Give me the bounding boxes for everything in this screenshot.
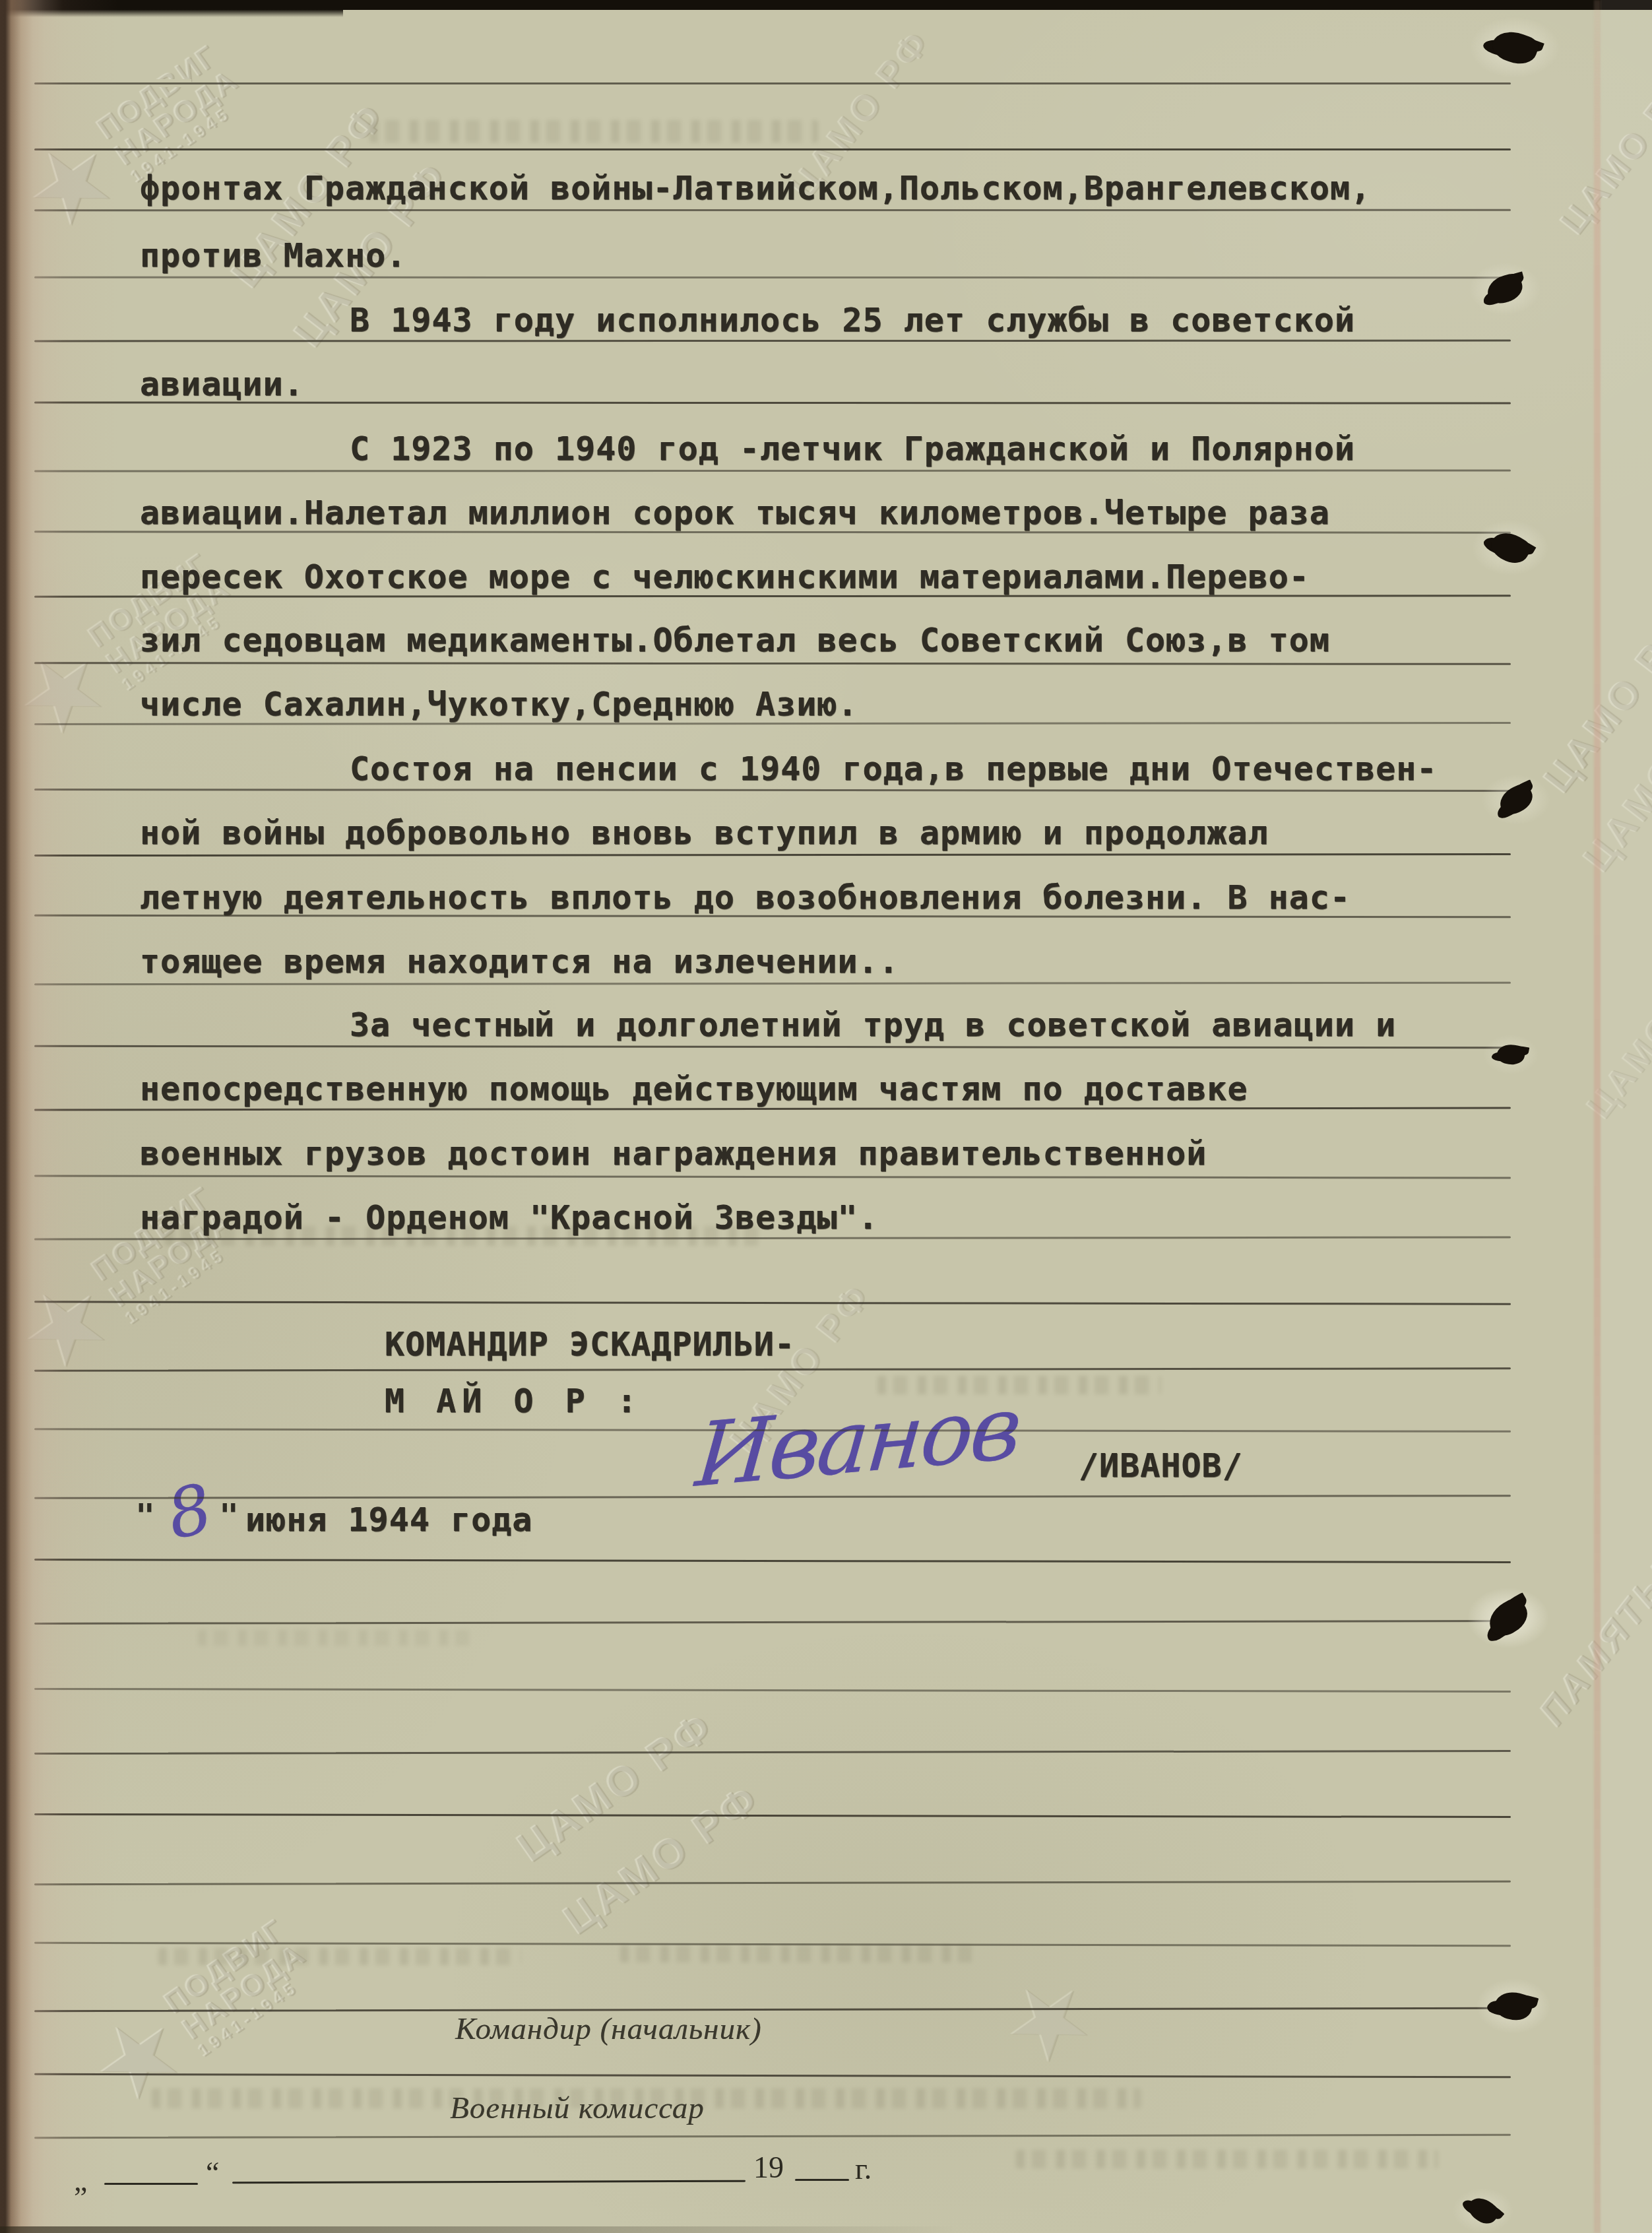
bleed-through-text — [369, 120, 818, 143]
form-commander-label: Командир (начальник) — [455, 2011, 762, 2047]
body-line: против Махно. — [140, 239, 1525, 272]
date-open-quote: " — [135, 1497, 155, 1535]
body-line: фронтах Гражданской войны-Латвийском,Пол… — [140, 172, 1525, 205]
body-line: За честный и долголетний труд в советско… — [140, 1008, 1652, 1041]
footer-quote-high: “ — [206, 2155, 219, 2190]
binding-edge-tint — [0, 0, 119, 2233]
ruled-line — [34, 1045, 1511, 1049]
body-line: авиации.Налетал миллион сорок тысяч кило… — [140, 496, 1525, 529]
footer-year-suffix: г. — [855, 2151, 872, 2186]
ruled-line — [34, 1175, 1511, 1179]
body-line: наградой - Орденом "Красной Звезды". — [140, 1201, 1525, 1234]
body-line: С 1923 по 1940 год -летчик Гражданской и… — [140, 432, 1652, 465]
bleed-through-text — [1016, 2150, 1438, 2168]
ruled-line — [34, 1620, 1511, 1625]
form-commissar-label: Военный комиссар — [450, 2090, 705, 2126]
body-line: зил седовцам медикаменты.Облетал весь Со… — [140, 624, 1525, 657]
pamyat-naroda-star-watermark: ★ — [988, 1960, 1109, 2078]
ruled-line — [34, 1881, 1511, 1885]
ruled-line — [34, 1559, 1511, 1563]
ruled-line — [34, 401, 1511, 404]
ruled-line — [34, 82, 1511, 84]
body-line: летную деятельность вплоть до возобновле… — [140, 881, 1525, 914]
body-line: авиации. — [140, 368, 1525, 401]
typed-surname: /ИВАНОВ/ — [1079, 1449, 1243, 1482]
body-line: тоящее время находится на излечении.. — [140, 945, 1525, 978]
fold-crease — [1594, 0, 1601, 2233]
ruled-line — [34, 853, 1511, 857]
ruled-line — [34, 531, 1511, 533]
star-icon: ★ — [988, 1960, 1109, 2078]
ruled-line — [34, 339, 1511, 342]
footer-year-prefix: 19 — [753, 2150, 784, 2185]
ruled-line — [34, 789, 1511, 792]
ruled-line — [34, 2073, 1511, 2078]
footer-blank-line — [795, 2179, 849, 2181]
ruled-line — [34, 209, 1511, 210]
date-close-quote: " — [219, 1497, 239, 1535]
ruled-line — [34, 723, 1511, 726]
ruled-line — [34, 1301, 1511, 1305]
body-line: В 1943 году исполнилось 25 лет службы в … — [140, 304, 1652, 337]
ruled-line — [34, 148, 1511, 150]
ruled-line — [34, 469, 1511, 472]
body-line: числе Сахалин,Чукотку,Среднюю Азию. — [140, 688, 1525, 721]
ruled-line — [34, 2133, 1511, 2139]
scanned-archive-document-page: ★ ПОДВИГНАРОДА1941-1945 ЦАМО РФ ЦАМО РФ … — [0, 0, 1652, 2233]
scan-bottom-edge — [0, 2226, 958, 2233]
ruled-line — [34, 1688, 1511, 1693]
body-line: пересек Охотское море с челюскинскими ма… — [140, 560, 1525, 593]
body-line: непосредственную помощь действующим част… — [140, 1072, 1525, 1105]
body-line: ной войны добровольно вновь вступил в ар… — [140, 816, 1525, 849]
page-right-margin — [1601, 0, 1652, 2233]
ruled-line — [34, 1813, 1511, 1818]
ruled-line — [34, 595, 1511, 598]
commander-title-line: КОМАНДИР ЭСКАДРИЛЬИ- — [385, 1328, 1652, 1361]
ruled-line — [34, 276, 1511, 278]
bleed-through-text — [158, 1948, 521, 1965]
bleed-through-text — [198, 1630, 475, 1646]
footer-blank-line — [232, 2180, 746, 2184]
ruled-line — [34, 662, 1511, 665]
body-line: военных грузов достоин награждения прави… — [140, 1137, 1525, 1170]
body-line: Состоя на пенсии с 1940 года,в первые дн… — [140, 752, 1652, 785]
typed-date: июня 1944 года — [245, 1503, 532, 1536]
handwritten-day: 8 — [160, 1470, 218, 1555]
ruled-line — [34, 982, 1511, 986]
ruled-line — [34, 1750, 1511, 1755]
bleed-through-text — [620, 1945, 976, 1962]
